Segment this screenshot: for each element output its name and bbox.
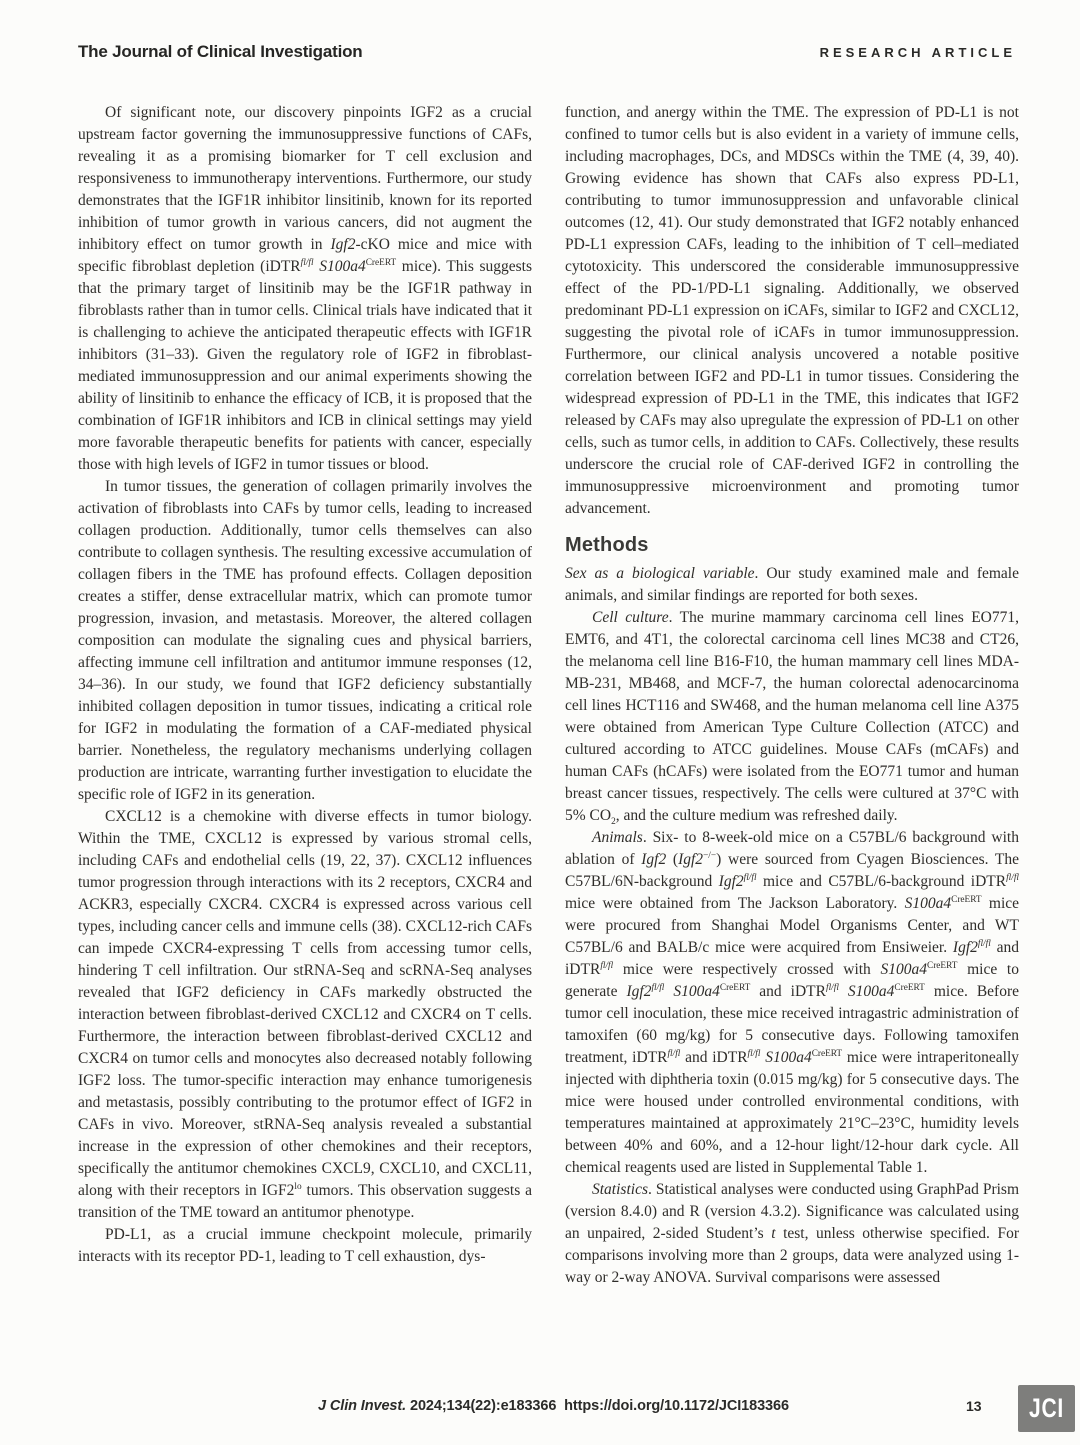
jci-logo: JCI [1018, 1385, 1075, 1432]
journal-name: The Journal of Clinical Investigation [78, 42, 362, 62]
discussion-paragraph: Of significant note, our discovery pinpo… [78, 102, 532, 476]
citation: J Clin Invest. 2024;134(22):e183366 http… [318, 1398, 789, 1414]
methods-section-heading: Methods [565, 533, 1019, 558]
right-column: function, and anergy within the TME. The… [565, 102, 1019, 1378]
journal-page: The Journal of Clinical Investigation RE… [0, 0, 1080, 1445]
article-type-label: RESEARCH ARTICLE [820, 45, 1016, 60]
page-number: 13 [966, 1398, 982, 1414]
page-header: The Journal of Clinical Investigation RE… [78, 42, 1016, 62]
left-column: Of significant note, our discovery pinpo… [78, 102, 532, 1378]
discussion-paragraph-continuation: function, and anergy within the TME. The… [565, 102, 1019, 520]
methods-paragraph: Animals. Six- to 8-week-old mice on a C5… [565, 827, 1019, 1179]
methods-paragraph: Statistics. Statistical analyses were co… [565, 1179, 1019, 1289]
methods-paragraph: Cell culture. The murine mammary carcino… [565, 607, 1019, 827]
discussion-paragraph: PD-L1, as a crucial immune checkpoint mo… [78, 1224, 532, 1268]
discussion-paragraph: In tumor tissues, the generation of coll… [78, 476, 532, 806]
article-body: Of significant note, our discovery pinpo… [78, 102, 1019, 1378]
discussion-paragraph: CXCL12 is a chemokine with diverse effec… [78, 806, 532, 1224]
jci-logo-text: JCI [1029, 1393, 1064, 1424]
methods-paragraph: Sex as a biological variable. Our study … [565, 563, 1019, 607]
